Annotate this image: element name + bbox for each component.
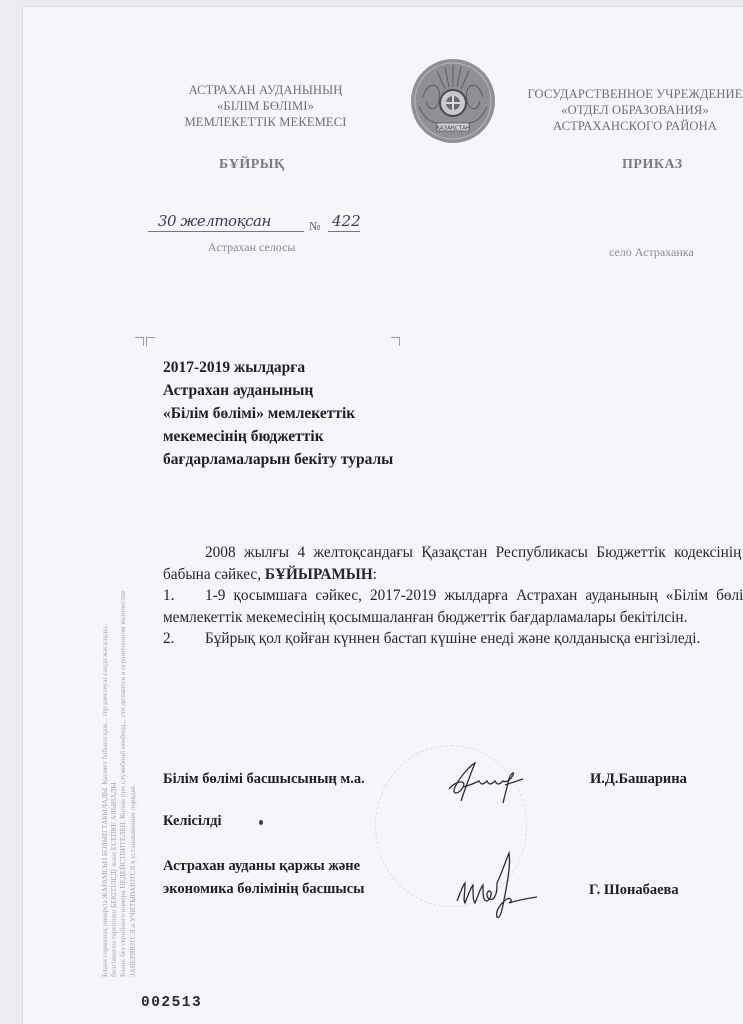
order-body: 2008 жылғы 4 желтоқсандағы Қазақстан Рес… xyxy=(163,542,743,650)
preamble-text: 2008 жылғы 4 желтоқсандағы Қазақстан Рес… xyxy=(163,544,743,583)
notice-line: Бланк без серийного номера НЕДЕЙСТВИТЕЛЕ… xyxy=(119,517,128,977)
signer-2-title-line: экономика бөлімінің басшысы xyxy=(163,878,364,901)
ink-dot xyxy=(259,820,263,825)
order-item: 2.Бұйрық қол қойған күннен бастап күшіне… xyxy=(163,628,743,650)
title-line: бағдарламаларын бекіту туралы xyxy=(163,448,393,471)
blank-serial-number: 002513 xyxy=(141,995,202,1011)
signer-2-title: Астрахан ауданы қаржы және экономика бөл… xyxy=(163,855,364,901)
doc-type-russian: ПРИКАЗ xyxy=(622,157,683,173)
item-number: 2. xyxy=(163,628,205,650)
doc-type-kazakh: БҰЙРЫҚ xyxy=(219,157,285,173)
number-sign: № xyxy=(309,219,320,234)
item-number: 1. xyxy=(163,585,205,607)
order-item: 1.1-9 қосымшаға сәйкес, 2017-2019 жылдар… xyxy=(163,585,743,628)
preamble: 2008 жылғы 4 желтоқсандағы Қазақстан Рес… xyxy=(163,542,743,585)
header-russian-line: АСТРАХАНСКОГО РАЙОНА xyxy=(515,118,743,134)
header-russian: ГОСУДАРСТВЕННОЕ УЧРЕЖДЕНИЕ «ОТДЕЛ ОБРАЗО… xyxy=(515,86,743,134)
number-underline xyxy=(328,231,360,232)
order-title: 2017-2019 жылдарға Астрахан ауданының «Б… xyxy=(163,356,393,471)
date-underline xyxy=(148,231,304,232)
document-page: АСТРАХАН АУДАНЫНЫҢ «БІЛІМ БӨЛІМІ» МЕМЛЕК… xyxy=(22,6,743,1024)
signature-2-icon xyxy=(453,845,563,923)
place-kazakh: Астрахан селосы xyxy=(208,240,295,255)
emblem-text: ҚАЗАҚСТАН xyxy=(436,126,470,132)
signer-1-name: И.Д.Башарина xyxy=(590,771,687,788)
title-line: «Білім бөлімі» мемлекеттік xyxy=(163,402,393,425)
signature-1-icon xyxy=(441,759,531,809)
corner-mark xyxy=(135,337,144,346)
header-kazakh: АСТРАХАН АУДАНЫНЫҢ «БІЛІМ БӨЛІМІ» МЕМЛЕК… xyxy=(138,82,393,130)
header-russian-line: ГОСУДАРСТВЕННОЕ УЧРЕЖДЕНИЕ xyxy=(515,86,743,102)
order-keyword: БҰЙЫРАМЫН xyxy=(265,566,373,583)
title-line: 2017-2019 жылдарға xyxy=(163,356,393,379)
header-kazakh-line: МЕМЛЕКЕТТІК МЕКЕМЕСІ xyxy=(138,114,393,130)
item-text: 1-9 қосымшаға сәйкес, 2017-2019 жылдарға… xyxy=(163,587,743,626)
corner-mark xyxy=(391,337,400,346)
item-text: Бұйрық қол қойған күннен бастап күшіне е… xyxy=(205,630,700,647)
signer-1-title: Білім бөлімі басшысының м.а. xyxy=(163,771,365,788)
signer-2-title-line: Астрахан ауданы қаржы және xyxy=(163,855,364,878)
header-russian-line: «ОТДЕЛ ОБРАЗОВАНИЯ» xyxy=(515,102,743,118)
title-line: мекемесінің бюджеттік xyxy=(163,425,393,448)
preamble-colon: : xyxy=(373,566,377,583)
header-kazakh-line: «БІЛІМ БӨЛІМІ» xyxy=(138,98,393,114)
state-emblem-icon: ҚАЗАҚСТАН xyxy=(409,57,497,145)
place-russian: село Астраханка xyxy=(609,245,694,260)
corner-mark xyxy=(146,337,155,346)
order-date-handwritten: 30 желтоқсан xyxy=(158,212,271,230)
signer-2-name: Г. Шонабаева xyxy=(589,882,679,899)
title-line: Астрахан ауданының xyxy=(163,379,393,402)
notice-line: ЗАВЕРЯЮТСЯ и УЧИТЫВАЮТСЯ в установленном… xyxy=(129,517,138,977)
notice-line: Бланк сериялық нөмірсіз ЖАРАМСЫЗ БОЛЫП Т… xyxy=(101,517,110,977)
agreed-label: Келісілді xyxy=(163,813,222,830)
order-number-handwritten: 422 xyxy=(332,212,361,230)
header-kazakh-line: АСТРАХАН АУДАНЫНЫҢ xyxy=(138,82,393,98)
blank-legal-notice: Бланк сериялық нөмірсіз ЖАРАМСЫЗ БОЛЫП Т… xyxy=(101,517,138,977)
